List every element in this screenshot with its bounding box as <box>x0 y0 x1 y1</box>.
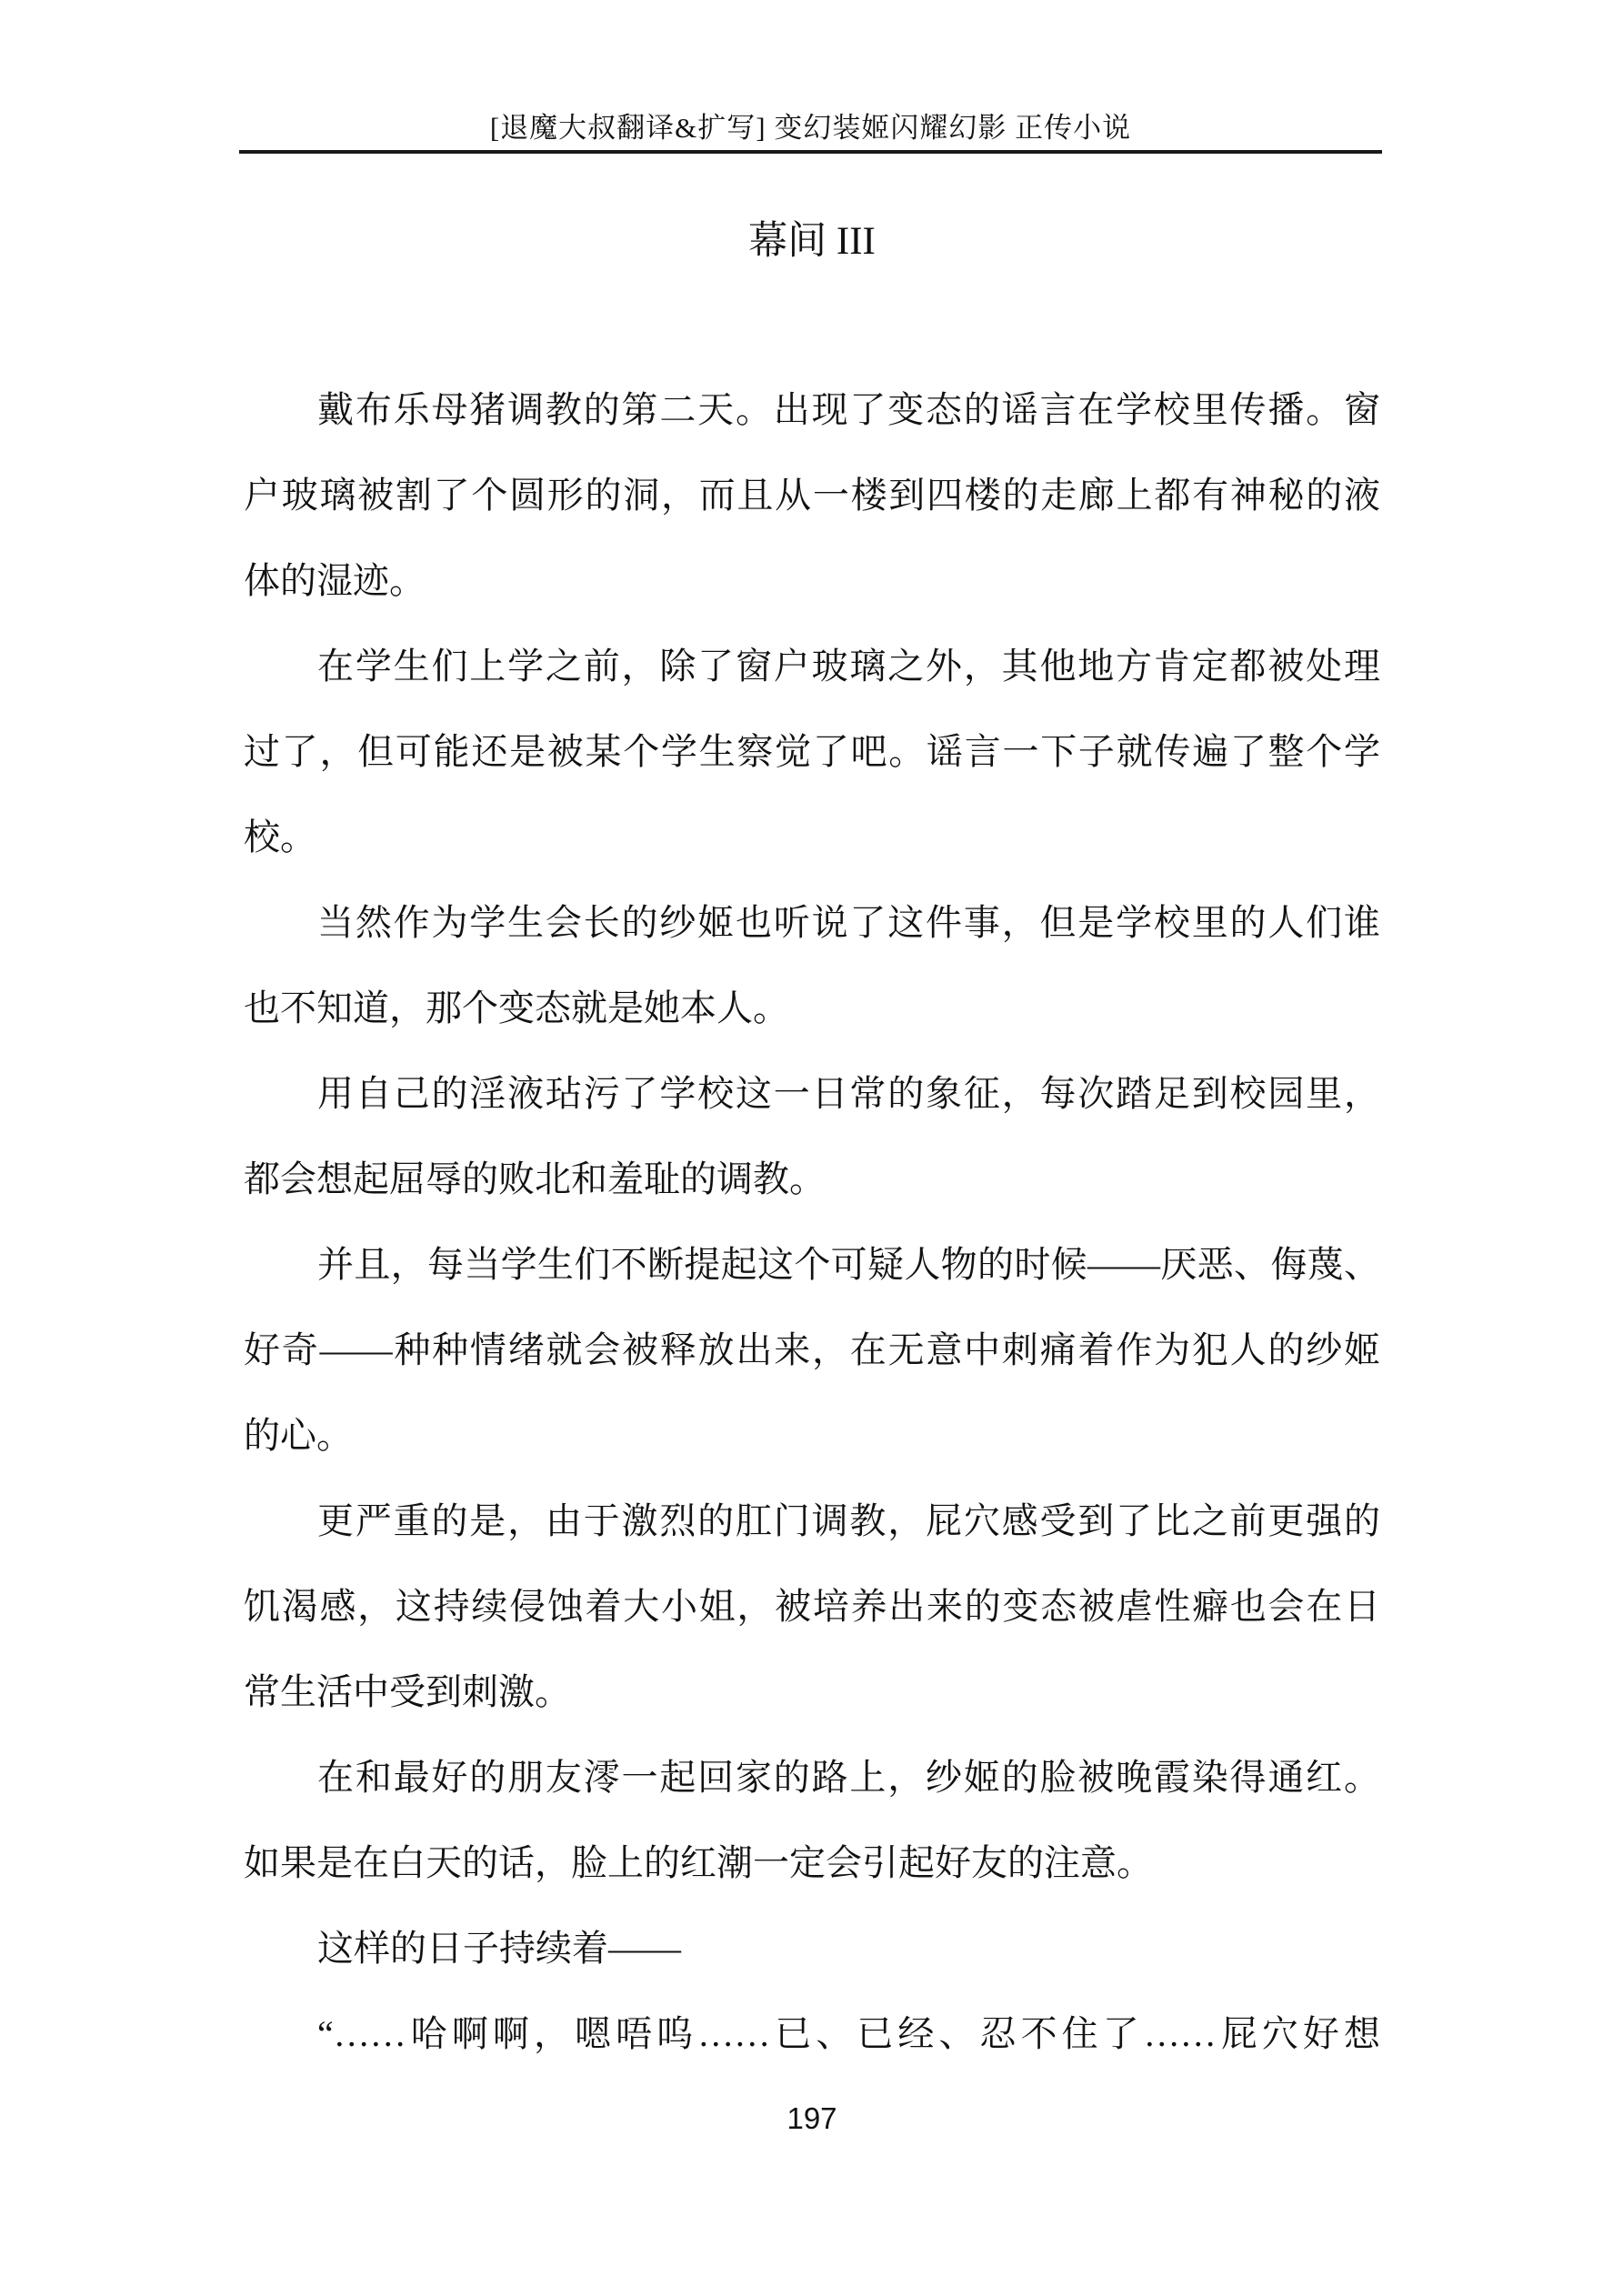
body-line: 更严重的是，由于激烈的肛门调教，屁穴感受到了比之前更强的 <box>244 1479 1380 1564</box>
page-number: 197 <box>244 2099 1380 2139</box>
body-line: 用自己的淫液玷污了学校这一日常的象征，每次踏足到校园里， <box>244 1051 1380 1137</box>
body-line: 如果是在白天的话，脸上的红潮一定会引起好友的注意。 <box>244 1820 1380 1906</box>
paragraph: 这样的日子持续着—— <box>244 1906 1380 1991</box>
body-line: 并且，每当学生们不断提起这个可疑人物的时候——厌恶、侮蔑、 <box>244 1222 1380 1308</box>
paragraph: 当然作为学生会长的纱姬也听说了这件事，但是学校里的人们谁也不知道，那个变态就是她… <box>244 880 1380 1051</box>
body-line: 在和最好的朋友澪一起回家的路上，纱姬的脸被晚霞染得通红。 <box>244 1735 1380 1820</box>
body-line: 这样的日子持续着—— <box>244 1906 1380 1991</box>
body-line: 当然作为学生会长的纱姬也听说了这件事，但是学校里的人们谁 <box>244 880 1380 966</box>
body-line: 校。 <box>244 795 1380 880</box>
body-text: 戴布乐母猪调教的第二天。出现了变态的谣言在学校里传播。窗户玻璃被割了个圆形的洞，… <box>244 367 1380 2077</box>
body-line: 的心。 <box>244 1393 1380 1479</box>
body-line: 饥渴感，这持续侵蚀着大小姐，被培养出来的变态被虐性癖也会在日 <box>244 1564 1380 1649</box>
document-page: [退魔大叔翻译&扩写] 变幻装姬闪耀幻影 正传小说 幕间 III 戴布乐母猪调教… <box>0 0 1623 2296</box>
body-line: 也不知道，那个变态就是她本人。 <box>244 966 1380 1051</box>
body-line: 都会想起屈辱的败北和羞耻的调教。 <box>244 1137 1380 1222</box>
paragraph: 戴布乐母猪调教的第二天。出现了变态的谣言在学校里传播。窗户玻璃被割了个圆形的洞，… <box>244 367 1380 624</box>
paragraph: 在学生们上学之前，除了窗户玻璃之外，其他地方肯定都被处理过了，但可能还是被某个学… <box>244 624 1380 880</box>
body-line: “……哈啊啊，嗯唔呜……已、已经、忍不住了……屁穴好想 <box>244 1991 1380 2077</box>
page-header: [退魔大叔翻译&扩写] 变幻装姬闪耀幻影 正传小说 <box>239 111 1382 154</box>
body-line: 在学生们上学之前，除了窗户玻璃之外，其他地方肯定都被处理 <box>244 624 1380 709</box>
body-line: 过了，但可能还是被某个学生察觉了吧。谣言一下子就传遍了整个学 <box>244 709 1380 795</box>
chapter-title: 幕间 III <box>244 216 1380 267</box>
body-line: 体的湿迹。 <box>244 538 1380 624</box>
body-line: 常生活中受到刺激。 <box>244 1649 1380 1735</box>
body-line: 戴布乐母猪调教的第二天。出现了变态的谣言在学校里传播。窗 <box>244 367 1380 453</box>
paragraph: 在和最好的朋友澪一起回家的路上，纱姬的脸被晚霞染得通红。如果是在白天的话，脸上的… <box>244 1735 1380 1906</box>
paragraph: 用自己的淫液玷污了学校这一日常的象征，每次踏足到校园里，都会想起屈辱的败北和羞耻… <box>244 1051 1380 1222</box>
body-line: 好奇——种种情绪就会被释放出来，在无意中刺痛着作为犯人的纱姬 <box>244 1308 1380 1393</box>
body-line: 户玻璃被割了个圆形的洞，而且从一楼到四楼的走廊上都有神秘的液 <box>244 453 1380 538</box>
paragraph: 更严重的是，由于激烈的肛门调教，屁穴感受到了比之前更强的饥渴感，这持续侵蚀着大小… <box>244 1479 1380 1735</box>
paragraph: “……哈啊啊，嗯唔呜……已、已经、忍不住了……屁穴好想 <box>244 1991 1380 2077</box>
paragraph: 并且，每当学生们不断提起这个可疑人物的时候——厌恶、侮蔑、好奇——种种情绪就会被… <box>244 1222 1380 1479</box>
